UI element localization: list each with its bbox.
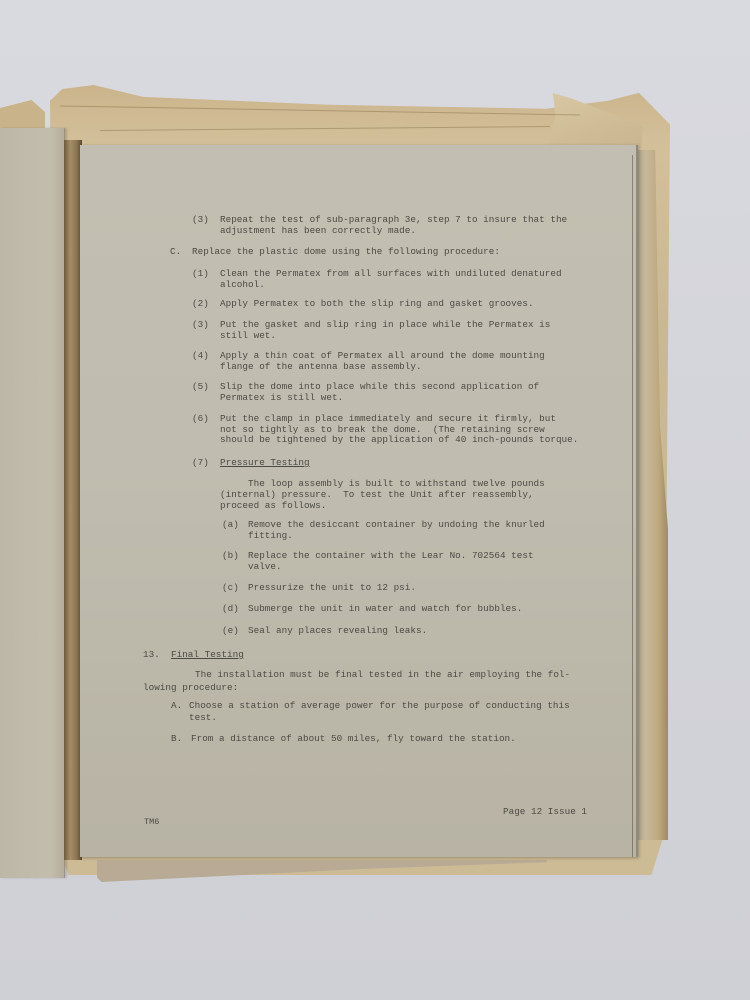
item-marker: (1) bbox=[192, 268, 209, 280]
step-marker: B. bbox=[171, 733, 182, 745]
item-text: Permatex is still wet. bbox=[220, 392, 343, 404]
step-marker: C. bbox=[170, 246, 181, 258]
subitem-text: Pressurize the unit to 12 psi. bbox=[248, 582, 416, 594]
subitem-text: Replace the container with the Lear No. … bbox=[248, 550, 534, 562]
section-number: 13. bbox=[143, 649, 160, 661]
item-marker: (4) bbox=[192, 350, 209, 362]
item-text: Clean the Permatex from all surfaces wit… bbox=[220, 268, 562, 280]
footer-page-number: Page 12 Issue 1 bbox=[503, 806, 587, 818]
step-marker: A. bbox=[171, 700, 182, 712]
subitem-text: valve. bbox=[248, 561, 282, 573]
paragraph-text: The installation must be final tested in… bbox=[195, 669, 570, 681]
item-text: flange of the antenna base assembly. bbox=[220, 361, 422, 373]
subitem-marker: (b) bbox=[222, 550, 239, 562]
item-text: Apply Permatex to both the slip ring and… bbox=[220, 298, 534, 310]
paragraph-text: lowing procedure: bbox=[143, 682, 238, 694]
item-marker: (3) bbox=[192, 214, 209, 226]
footer-doc-code: TM6 bbox=[144, 817, 159, 829]
item-text: Apply a thin coat of Permatex all around… bbox=[220, 350, 545, 362]
subitem-text: Seal any places revealing leaks. bbox=[248, 625, 427, 637]
left-page bbox=[0, 128, 65, 878]
paragraph-text: proceed as follows. bbox=[220, 500, 326, 512]
item-text: alcohol. bbox=[220, 279, 265, 291]
step-text: From a distance of about 50 miles, fly t… bbox=[191, 733, 516, 745]
item-text: Slip the dome into place while this seco… bbox=[220, 381, 539, 393]
item-marker: (5) bbox=[192, 381, 209, 393]
item-text: should be tightened by the application o… bbox=[220, 434, 578, 446]
step-text: Choose a station of average power for th… bbox=[189, 700, 570, 712]
subitem-marker: (a) bbox=[222, 519, 239, 531]
item-text: adjustment has been correctly made. bbox=[220, 225, 416, 237]
subsection-heading: Pressure Testing bbox=[220, 457, 310, 469]
item-text: Put the clamp in place immediately and s… bbox=[220, 413, 556, 425]
item-text: still wet. bbox=[220, 330, 276, 342]
step-text: Replace the plastic dome using the follo… bbox=[192, 246, 500, 258]
subitem-marker: (d) bbox=[222, 603, 239, 615]
subitem-marker: (c) bbox=[222, 582, 239, 594]
subitem-text: fitting. bbox=[248, 530, 293, 542]
item-marker: (3) bbox=[192, 319, 209, 331]
item-marker: (7) bbox=[192, 457, 209, 469]
document-page: (3) Repeat the test of sub-paragraph 3e,… bbox=[80, 145, 638, 857]
item-marker: (6) bbox=[192, 413, 209, 425]
item-text: Put the gasket and slip ring in place wh… bbox=[220, 319, 550, 331]
subitem-text: Remove the desiccant container by undoin… bbox=[248, 519, 545, 531]
paragraph-text: The loop assembly is built to withstand … bbox=[248, 478, 545, 490]
item-marker: (2) bbox=[192, 298, 209, 310]
step-text: test. bbox=[189, 712, 217, 724]
subitem-text: Submerge the unit in water and watch for… bbox=[248, 603, 522, 615]
section-heading: Final Testing bbox=[171, 649, 244, 661]
paragraph-text: (internal) pressure. To test the Unit af… bbox=[220, 489, 534, 501]
subitem-marker: (e) bbox=[222, 625, 239, 637]
item-text: Repeat the test of sub-paragraph 3e, ste… bbox=[220, 214, 567, 226]
